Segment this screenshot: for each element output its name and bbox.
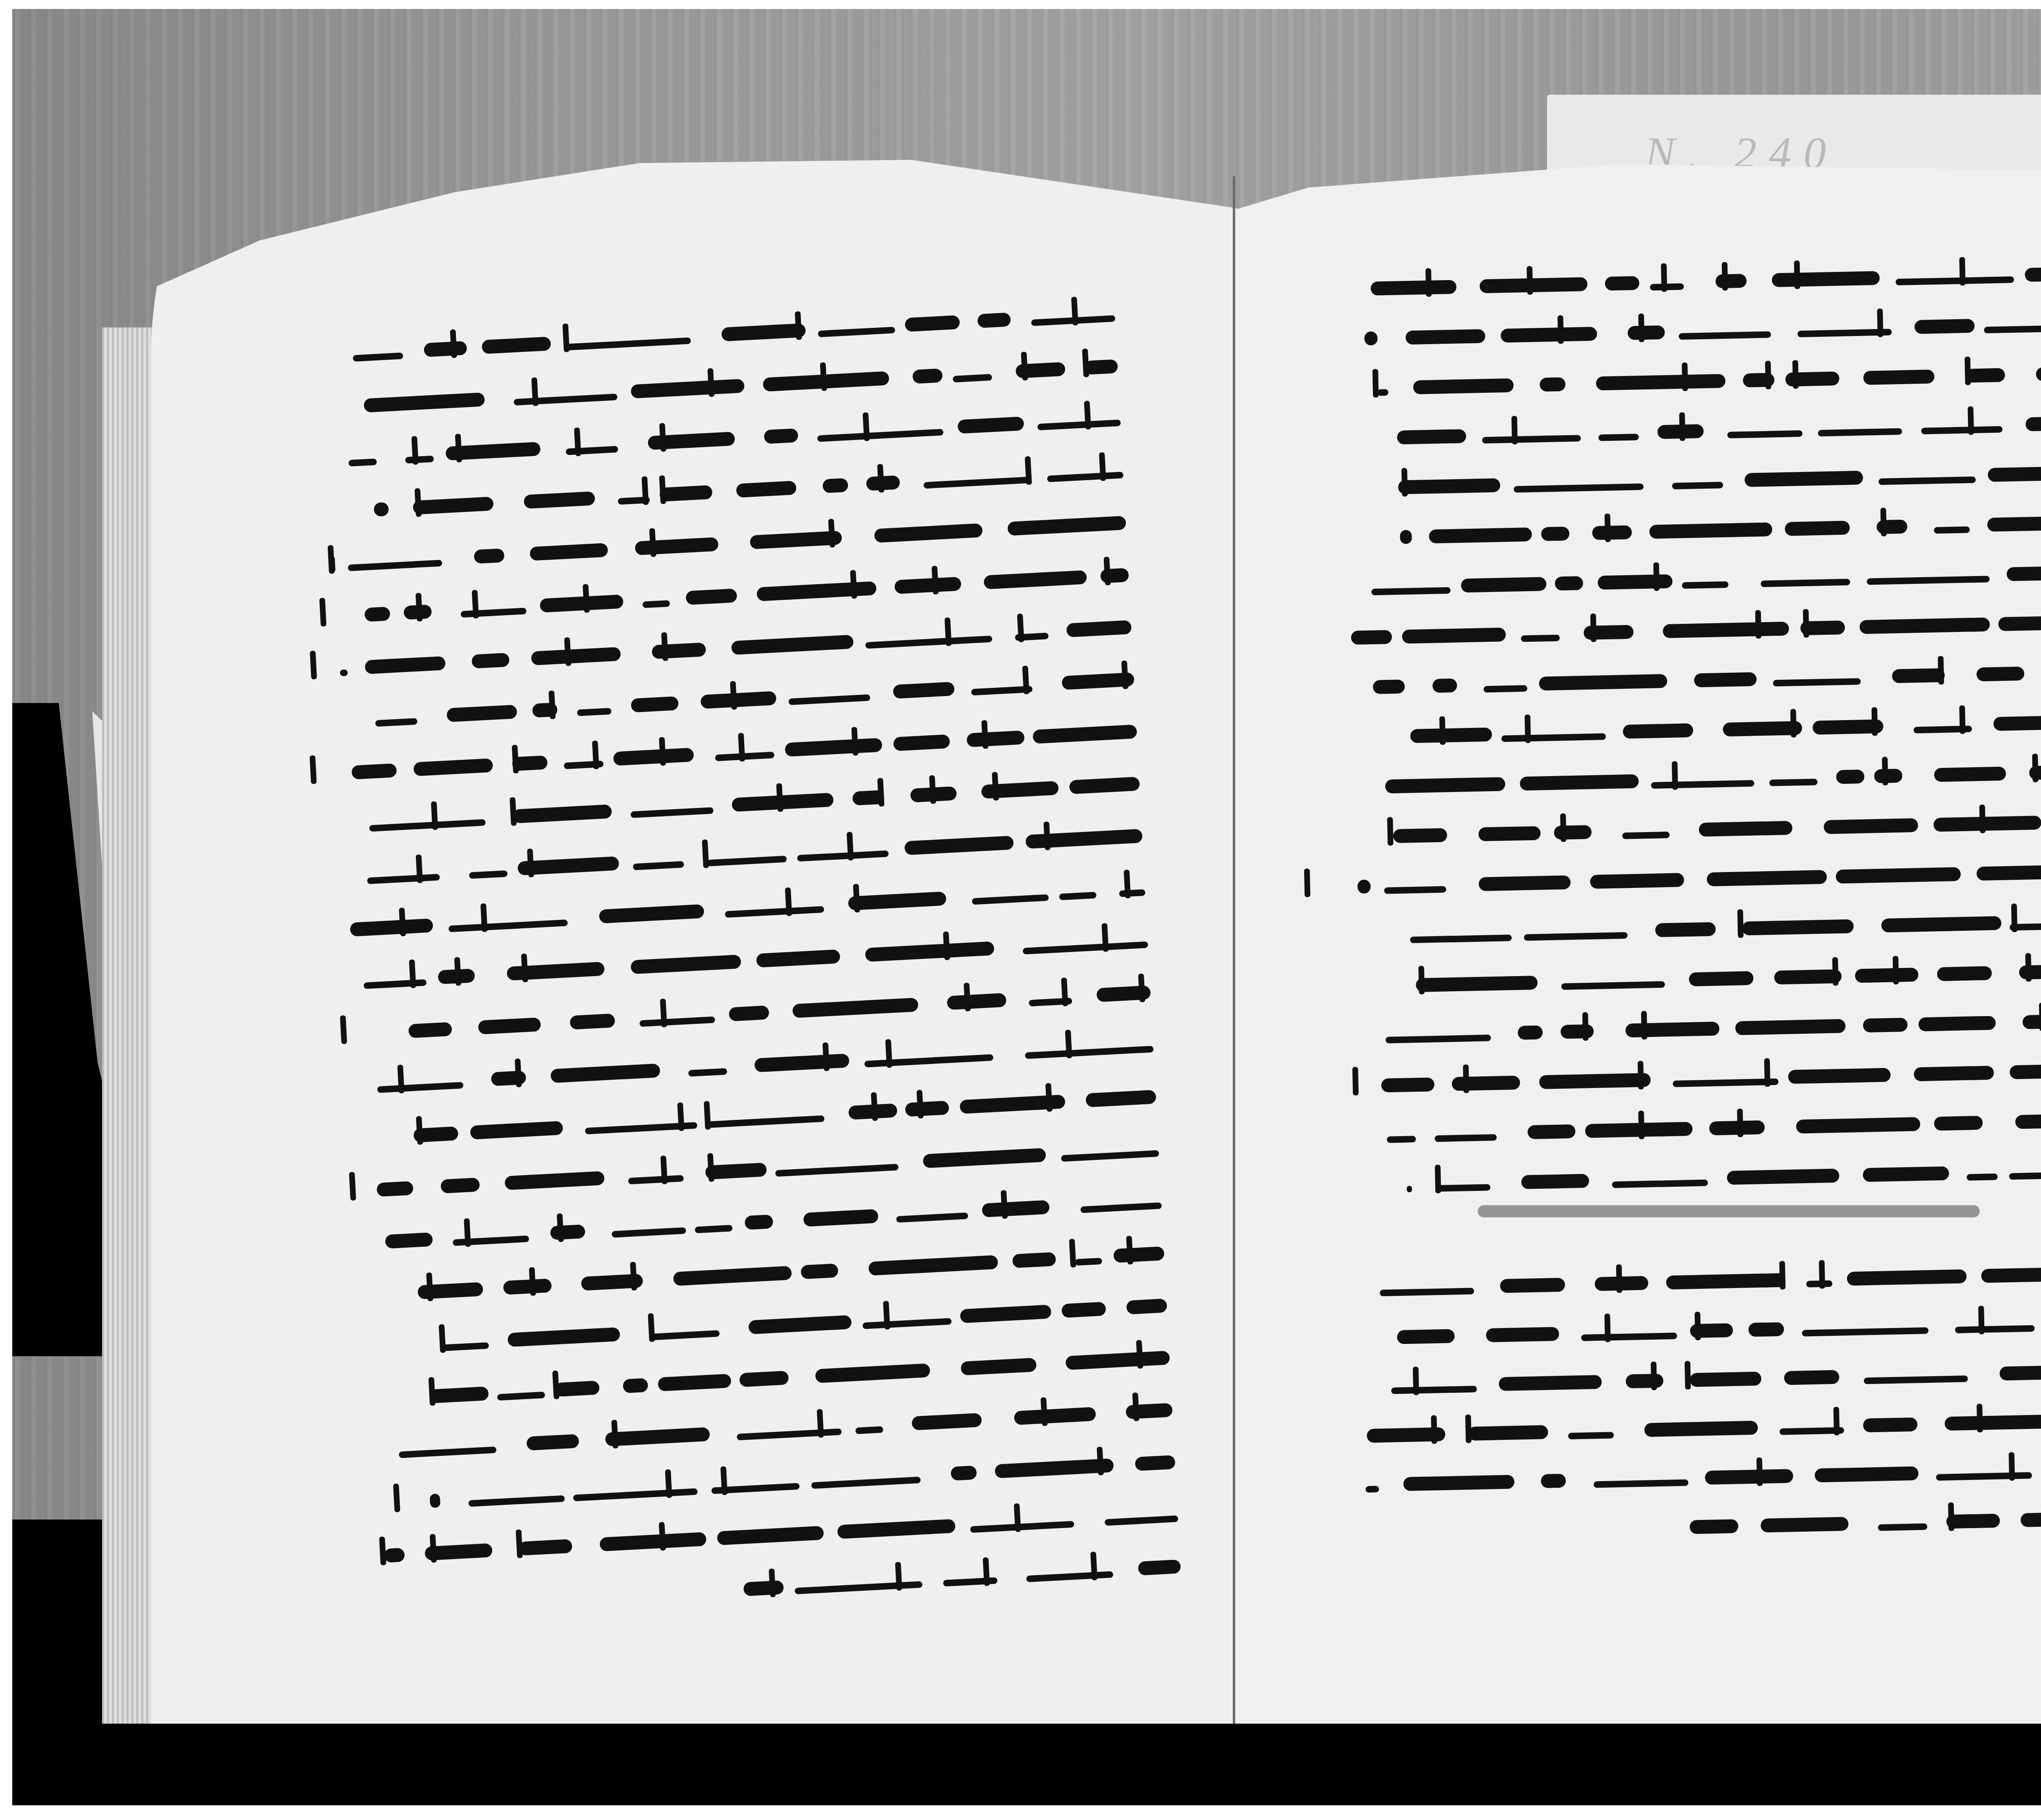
- script-line: [1355, 810, 2041, 854]
- script-line: [1344, 312, 2041, 356]
- left-page-text: [320, 303, 1183, 1649]
- script-line: [1357, 910, 2041, 954]
- script-line: [1362, 1159, 2041, 1203]
- script-line: [1360, 1059, 2041, 1104]
- rubric-line: [1478, 1205, 1980, 1217]
- script-line: [1340, 1311, 2041, 1356]
- script-line: [1346, 412, 2041, 456]
- script-line: [1342, 1409, 2041, 1454]
- script-line: [1352, 710, 2041, 755]
- bottom-shadow: [12, 1724, 2041, 1805]
- script-line: [1343, 1458, 2041, 1503]
- script-line: [1352, 661, 2041, 705]
- script-line: [1348, 511, 2041, 556]
- left-page-edges: [102, 327, 159, 1756]
- script-line: [1345, 362, 2041, 406]
- right-page-text-after-rubric: [1339, 1262, 2041, 1572]
- script-line: [1344, 1507, 2041, 1552]
- right-page-text: [1343, 262, 2041, 1224]
- script-line: [1350, 561, 2041, 605]
- script-line: [1341, 1360, 2041, 1405]
- script-line: [1350, 611, 2041, 655]
- script-line: [1358, 959, 2041, 1004]
- script-line: [1359, 1009, 2041, 1054]
- script-line: [1354, 760, 2041, 805]
- script-line: [1356, 860, 2041, 904]
- script-line: [1347, 461, 2041, 506]
- photo-frame: N. 240 ܩܘ: [12, 9, 2041, 1805]
- book-gutter: [1233, 176, 1235, 1769]
- script-line: [1361, 1109, 2041, 1153]
